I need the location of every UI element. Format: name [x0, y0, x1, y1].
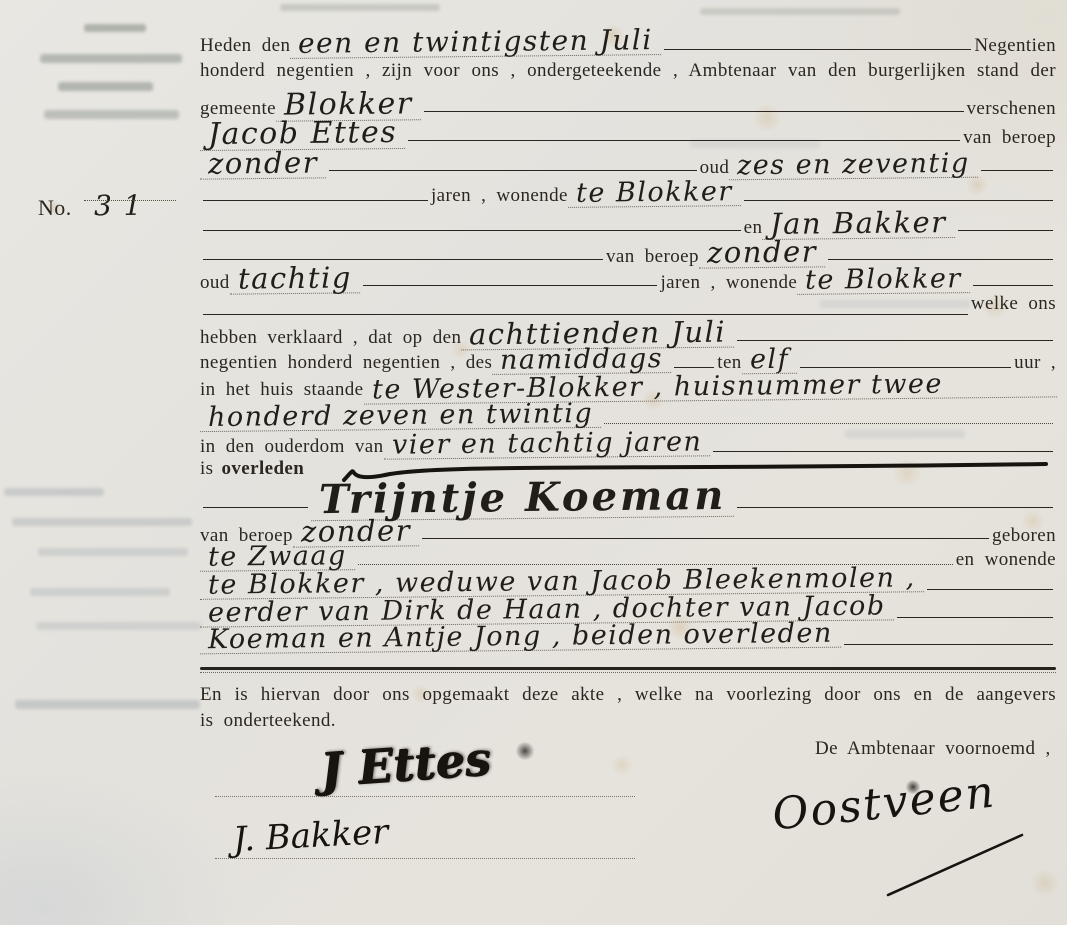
entry-declarant2-residence: te Blokker	[797, 265, 970, 295]
entry-declarant1-age: zes en zeventig	[729, 150, 978, 181]
rule-fill	[363, 285, 658, 286]
bleedthrough-mark	[36, 622, 201, 630]
form-line-17: Trijntje Koeman	[200, 478, 1056, 514]
rule-fill	[844, 644, 1053, 645]
label-negentien: Negentien	[974, 35, 1056, 57]
rule-fill	[674, 367, 714, 368]
entry-relatives-3: Koeman en Antje Jong , beiden overleden	[200, 620, 841, 655]
rule-fill	[203, 200, 428, 201]
rule-fill	[744, 200, 1053, 201]
form-line-6: jaren , wonende te Blokker	[200, 179, 1056, 207]
label-line2: honderd negentien , zijn voor ons , onde…	[200, 60, 1056, 82]
label-in-het-huis: in het huis staande	[200, 379, 364, 401]
form-line-13: in het huis staande te Wester-Blokker , …	[200, 373, 1056, 401]
entry-declarant2-age: tachtig	[230, 263, 360, 294]
label-is: is	[200, 458, 213, 480]
rule-fill	[981, 170, 1053, 171]
record-number-value: 3 1	[85, 192, 150, 221]
record-number-rule	[84, 200, 176, 201]
paper-stain	[610, 755, 634, 775]
rule-fill	[800, 367, 1011, 368]
closing-line-1: En is hiervan door ons opgemaakt deze ak…	[200, 684, 1056, 712]
label-negentien-honderd: negentien honderd negentien , des	[200, 352, 492, 374]
form-line-7: en Jan Bakker	[200, 209, 1056, 237]
declarant2-signature: J. Bakker	[232, 812, 389, 860]
entry-declarant1-residence: te Blokker	[568, 178, 741, 208]
entry-dagdeel: namiddags	[492, 345, 671, 375]
rule-fill	[329, 170, 697, 171]
rule-fill	[203, 314, 968, 315]
ink-blot	[515, 742, 535, 760]
signature-rule-1	[215, 796, 635, 797]
declarant1-signature: J Ettes	[318, 731, 492, 797]
label-van-beroep-1: van beroep	[963, 127, 1056, 149]
rule-fill	[927, 589, 1053, 590]
bleedthrough-mark	[12, 518, 192, 526]
rule-fill	[897, 617, 1053, 618]
closing-line-2: is onderteekend.	[200, 710, 1056, 738]
label-overleden: overleden	[221, 458, 304, 480]
official-signature-flourish	[880, 825, 1030, 905]
rule-fill	[958, 230, 1053, 231]
label-welke-ons: welke ons	[971, 293, 1056, 315]
rule-fill	[664, 49, 971, 50]
official-title-label: De Ambtenaar voornoemd ,	[815, 738, 1051, 760]
bleedthrough-mark	[38, 548, 188, 556]
form-line-14: honderd zeven en twintig	[200, 402, 1056, 430]
bleedthrough-mark	[4, 488, 104, 496]
rule-fill	[422, 538, 989, 539]
form-line-1: Heden den een en twintigsten Juli Negent…	[200, 28, 1056, 56]
bleedthrough-mark	[40, 54, 182, 63]
rule-fill	[203, 230, 741, 231]
form-line-4: Jacob Ettes van beroep	[200, 119, 1056, 147]
paper-stain	[1030, 870, 1060, 896]
form-line-3: gemeente Blokker verschenen	[200, 90, 1056, 118]
label-heden-den: Heden den	[200, 35, 290, 57]
rule-fill	[737, 507, 1053, 508]
form-line-20: te Blokker , weduwe van Jacob Bleekenmol…	[200, 568, 1056, 596]
label-oud-2: oud	[200, 272, 230, 294]
bleedthrough-mark	[700, 8, 900, 15]
label-jaren-wonende-2: jaren , wonende	[660, 272, 797, 294]
rule-fill	[973, 285, 1053, 286]
label-closing-2: is onderteekend.	[200, 710, 336, 732]
signature-rule-2	[215, 858, 635, 859]
bleedthrough-mark	[280, 4, 440, 11]
rule-fill	[203, 507, 308, 508]
bleedthrough-mark	[44, 110, 179, 119]
record-number-label: No.	[38, 195, 72, 221]
rule-fill	[737, 340, 1053, 341]
form-line-9: oud tachtig jaren , wonende te Blokker	[200, 264, 1056, 292]
form-line-5: zonder oud zes en zeventig	[200, 149, 1056, 177]
bleedthrough-mark	[30, 588, 170, 596]
rule-fill	[424, 111, 964, 112]
rule-fill	[828, 259, 1053, 260]
rule-fill	[408, 140, 960, 141]
section-divider	[200, 667, 1056, 673]
label-jaren-wonende-1: jaren , wonende	[431, 185, 568, 207]
entry-act-date: een en twintigsten Juli	[290, 26, 661, 59]
bleedthrough-mark	[58, 82, 153, 91]
entry-declarant1-beroep: zonder	[200, 148, 326, 179]
form-line-2: honderd negentien , zijn voor ons , onde…	[200, 60, 1056, 88]
label-verschenen: verschenen	[967, 98, 1056, 120]
form-line-22: Koeman en Antje Jong , beiden overleden	[200, 623, 1056, 651]
bleedthrough-mark	[84, 24, 146, 32]
rule-fill	[604, 423, 1053, 424]
death-certificate-scan: No. 3 1 Heden den een en twintigsten Jul…	[0, 0, 1067, 925]
bleedthrough-mark	[15, 700, 200, 709]
record-number-block: No. 3 1	[38, 192, 151, 221]
label-closing-1: En is hiervan door ons opgemaakt deze ak…	[200, 684, 1056, 706]
rule-fill	[203, 259, 603, 260]
